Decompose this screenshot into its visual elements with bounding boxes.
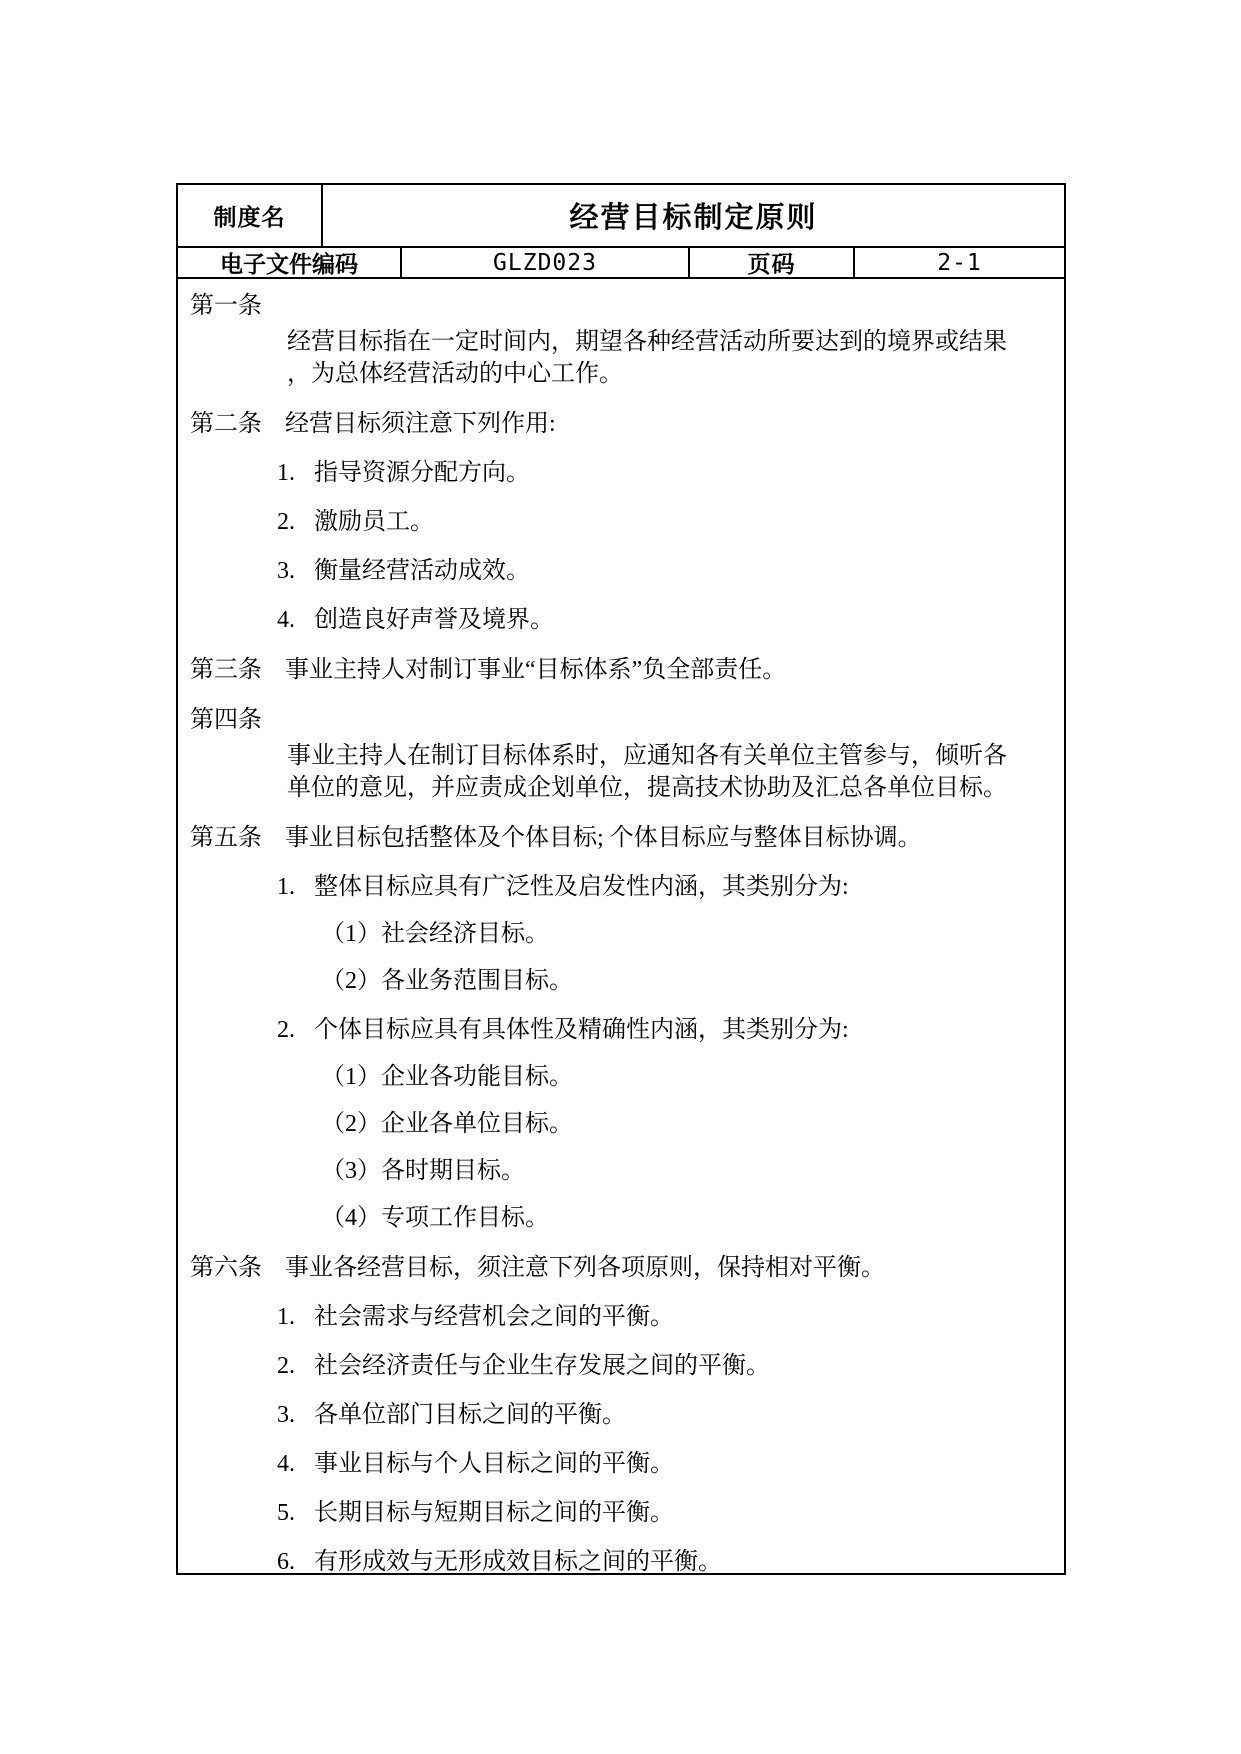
paragraph-line: ，为总体经营活动的中心工作。 xyxy=(287,358,1052,390)
item-number: 3. xyxy=(277,555,314,587)
item-text: 创造良好声誉及境界。 xyxy=(314,604,554,636)
article-number: 第四条 xyxy=(190,704,285,736)
paragraph-line: 单位的意见，并应责成企划单位，提高技术协助及汇总各单位目标。 xyxy=(287,772,1052,804)
sub-list-item: （1）社会经济目标。 xyxy=(321,918,1052,950)
table-header-row: 制度名 经营目标制定原则 xyxy=(178,185,1064,248)
page-number-value-cell: 2-1 xyxy=(855,248,1064,277)
list-item: 2.社会经济责任与企业生存发展之间的平衡。 xyxy=(277,1350,1052,1382)
system-name-label: 制度名 xyxy=(214,199,286,232)
item-number: 3. xyxy=(277,1399,314,1431)
item-text: 整体目标应具有广泛性及启发性内涵，其类别分为: xyxy=(314,871,849,903)
item-number: 5. xyxy=(277,1497,314,1529)
article-number: 第二条 xyxy=(190,408,285,440)
article-text: 经营目标须注意下列作用: xyxy=(285,408,556,440)
article-heading: 第四条 xyxy=(190,704,1052,736)
item-text: 有形成效与无形成效目标之间的平衡。 xyxy=(314,1546,722,1573)
item-text: 各单位部门目标之间的平衡。 xyxy=(314,1399,626,1431)
page-number-label: 页码 xyxy=(748,246,796,279)
list-item: 1.指导资源分配方向。 xyxy=(277,457,1052,489)
file-code-label-cell: 电子文件编码 xyxy=(178,248,402,277)
article-heading: 第五条事业目标包括整体及个体目标; 个体目标应与整体目标协调。 xyxy=(190,822,1052,854)
item-number: 2. xyxy=(277,1014,314,1046)
article-text: 事业目标包括整体及个体目标; 个体目标应与整体目标协调。 xyxy=(285,822,922,854)
page-title: 经营目标制定原则 xyxy=(569,195,817,236)
list-item: 3.衡量经营活动成效。 xyxy=(277,555,1052,587)
list-item: 1.整体目标应具有广泛性及启发性内涵，其类别分为: xyxy=(277,871,1052,903)
document-title-cell: 经营目标制定原则 xyxy=(323,185,1064,246)
item-number: 2. xyxy=(277,506,314,538)
item-text: 激励员工。 xyxy=(314,506,434,538)
item-number: 6. xyxy=(277,1546,314,1573)
list-item: 6.有形成效与无形成效目标之间的平衡。 xyxy=(277,1546,1052,1573)
sub-list-item: （2）各业务范围目标。 xyxy=(321,965,1052,997)
document-page: 制度名 经营目标制定原则 电子文件编码 GLZD023 页码 2-1 第一条经营… xyxy=(0,0,1241,1754)
item-number: 1. xyxy=(277,871,314,903)
list-item: 5.长期目标与短期目标之间的平衡。 xyxy=(277,1497,1052,1529)
sub-list-item: （4）专项工作目标。 xyxy=(321,1202,1052,1234)
list-item: 2.激励员工。 xyxy=(277,506,1052,538)
article-number: 第五条 xyxy=(190,822,285,854)
item-number: 1. xyxy=(277,457,314,489)
system-name-label-cell: 制度名 xyxy=(178,185,323,246)
item-text: 事业目标与个人目标之间的平衡。 xyxy=(314,1448,674,1480)
article-heading: 第六条事业各经营目标，须注意下列各项原则，保持相对平衡。 xyxy=(190,1252,1052,1284)
document-table: 制度名 经营目标制定原则 电子文件编码 GLZD023 页码 2-1 第一条经营… xyxy=(176,183,1066,1575)
item-number: 1. xyxy=(277,1301,314,1333)
article-heading: 第二条经营目标须注意下列作用: xyxy=(190,408,1052,440)
article-number: 第一条 xyxy=(190,290,285,322)
item-text: 个体目标应具有具体性及精确性内涵，其类别分为: xyxy=(314,1014,849,1046)
list-item: 3.各单位部门目标之间的平衡。 xyxy=(277,1399,1052,1431)
list-item: 2.个体目标应具有具体性及精确性内涵，其类别分为: xyxy=(277,1014,1052,1046)
list-item: 1.社会需求与经营机会之间的平衡。 xyxy=(277,1301,1052,1333)
item-text: 社会需求与经营机会之间的平衡。 xyxy=(314,1301,674,1333)
document-body: 第一条经营目标指在一定时间内，期望各种经营活动所要达到的境界或结果，为总体经营活… xyxy=(178,279,1064,1573)
file-code-value: GLZD023 xyxy=(493,250,597,276)
article-heading: 第一条 xyxy=(190,290,1052,322)
item-text: 长期目标与短期目标之间的平衡。 xyxy=(314,1497,674,1529)
file-code-value-cell: GLZD023 xyxy=(402,248,690,277)
article-text: 事业主持人对制订事业“目标体系”负全部责任。 xyxy=(285,654,786,686)
article-number: 第三条 xyxy=(190,654,285,686)
paragraph-line: 事业主持人在制订目标体系时，应通知各有关单位主管参与，倾听各 xyxy=(287,740,1052,772)
item-number: 2. xyxy=(277,1350,314,1382)
article-text: 事业各经营目标，须注意下列各项原则，保持相对平衡。 xyxy=(285,1252,885,1284)
page-number-label-cell: 页码 xyxy=(690,248,855,277)
list-item: 4.创造良好声誉及境界。 xyxy=(277,604,1052,636)
sub-list-item: （2）企业各单位目标。 xyxy=(321,1108,1052,1140)
paragraph-line: 经营目标指在一定时间内，期望各种经营活动所要达到的境界或结果 xyxy=(287,326,1052,358)
item-number: 4. xyxy=(277,604,314,636)
file-code-label: 电子文件编码 xyxy=(220,246,358,279)
list-item: 4.事业目标与个人目标之间的平衡。 xyxy=(277,1448,1052,1480)
item-text: 衡量经营活动成效。 xyxy=(314,555,530,587)
article-number: 第六条 xyxy=(190,1252,285,1284)
sub-list-item: （3）各时期目标。 xyxy=(321,1155,1052,1187)
page-number-value: 2-1 xyxy=(937,250,982,276)
table-meta-row: 电子文件编码 GLZD023 页码 2-1 xyxy=(178,248,1064,279)
sub-list-item: （1）企业各功能目标。 xyxy=(321,1061,1052,1093)
article-heading: 第三条事业主持人对制订事业“目标体系”负全部责任。 xyxy=(190,654,1052,686)
item-text: 社会经济责任与企业生存发展之间的平衡。 xyxy=(314,1350,770,1382)
item-text: 指导资源分配方向。 xyxy=(314,457,530,489)
item-number: 4. xyxy=(277,1448,314,1480)
